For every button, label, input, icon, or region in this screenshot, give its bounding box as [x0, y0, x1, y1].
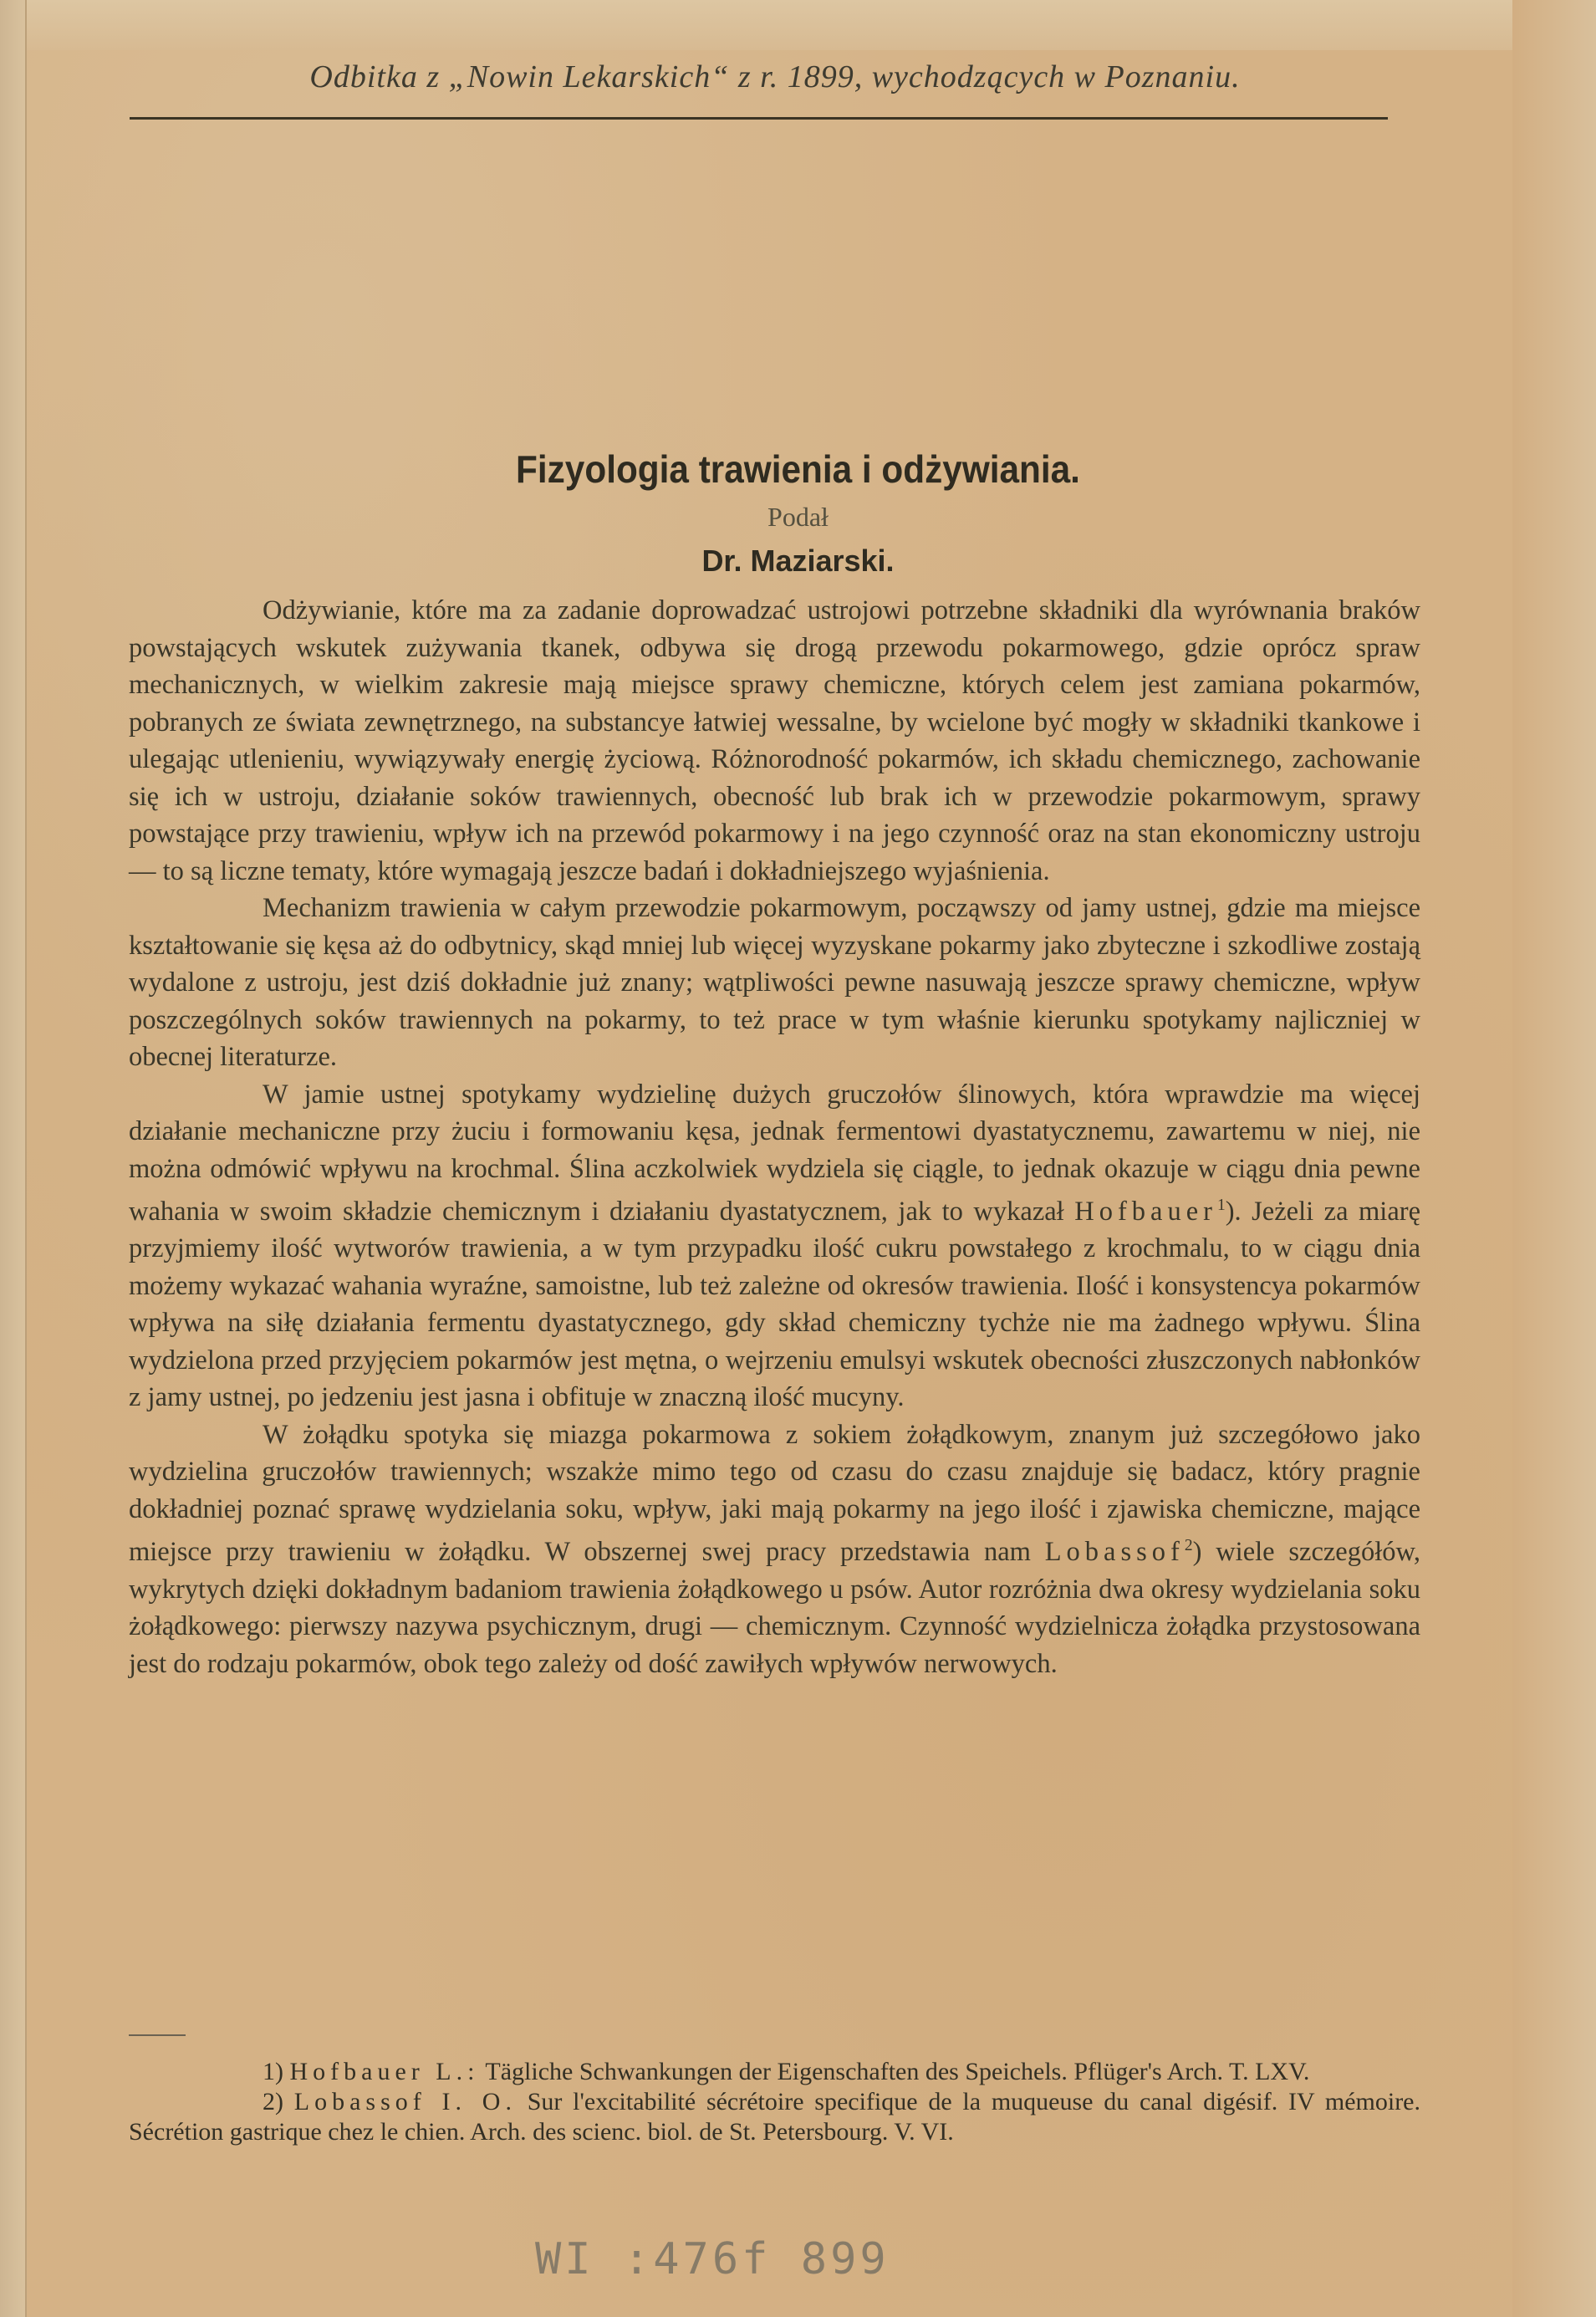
paragraph-3: W jamie ustnej spotykamy wydzielinę duży… — [129, 1076, 1420, 1416]
scan-left-edge — [0, 0, 27, 2317]
citation-hofbauer: Hofbauer — [1074, 1197, 1217, 1227]
footnote-1-marker: 1) — [263, 2058, 283, 2085]
footnote-2: 2) Lobassof I. O. Sur l'excitabilité séc… — [129, 2087, 1420, 2147]
byline: Podał — [0, 502, 1596, 533]
footnote-2-marker: 2) — [263, 2088, 283, 2115]
header-rule — [130, 117, 1388, 120]
author-name: Dr. Maziarski. — [0, 544, 1596, 579]
library-catalog-mark: WI :476f 899 — [535, 2234, 890, 2284]
paragraph-1: Odżywianie, które ma za zadanie doprowad… — [129, 592, 1420, 890]
footnote-1-text: Tägliche Schwankungen der Eigenschaften … — [479, 2058, 1309, 2085]
paper-top-band — [27, 0, 1512, 50]
paragraph-3-tail: ). Jeżeli za miarę przyjmiemy ilość wytw… — [129, 1197, 1420, 1413]
article-title: Fizyologia trawienia i odżywiania. — [64, 447, 1532, 492]
article-body: Odżywianie, które ma za zadanie doprowad… — [129, 592, 1420, 1682]
paragraph-4: W żołądku spotyka się miazga pokarmowa z… — [129, 1416, 1420, 1682]
footnotes: 1) Hofbauer L.: Tägliche Schwankungen de… — [129, 2057, 1420, 2147]
citation-lobassof: Lobassof — [1045, 1537, 1185, 1567]
footnote-ref-1[interactable]: 1 — [1217, 1197, 1226, 1214]
scan-right-edge — [1512, 0, 1596, 2317]
reprint-header: Odbitka z „Nowin Lekarskich“ z r. 1899, … — [131, 59, 1419, 95]
paragraph-2: Mechanizm trawienia w całym przewodzie p… — [129, 890, 1420, 1076]
footnote-2-author: Lobassof I. O. — [294, 2088, 517, 2115]
footnote-separator — [129, 2034, 186, 2036]
footnote-1: 1) Hofbauer L.: Tägliche Schwankungen de… — [129, 2057, 1420, 2087]
footnote-ref-2[interactable]: 2 — [1185, 1537, 1193, 1554]
footnote-1-author: Hofbauer L.: — [290, 2058, 480, 2085]
